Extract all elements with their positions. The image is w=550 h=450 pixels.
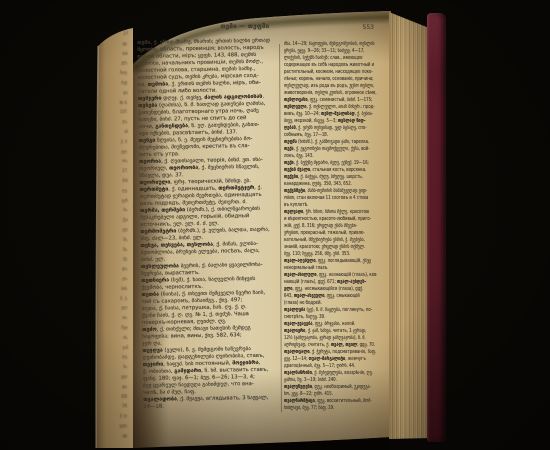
dictionary-text-line: თვალუწვდენი, ფუკ. необозримый, უკიდეგა- <box>284 384 377 391</box>
left-page-fragment: ღა, <box>106 118 128 128</box>
dictionary-text-line: жій, ჟუქ. 8, 316; ვრცლად ესმა მშვენი- <box>284 223 377 230</box>
left-page-fragment: ის <box>106 128 128 138</box>
dictionary-text-line: канарджина, ღუბყ. 350, 343, 652. <box>284 181 377 188</box>
left-page-fragment: ელ: <box>106 373 128 383</box>
running-head: თემი — თეფში <box>180 23 310 30</box>
dictionary-text-line: ხიბლავი, ბუჟ. 77; ჩაფ. 19. <box>284 405 377 412</box>
dictionary-text-line: თვალღება (ჟე), წ. მ. ჩაჟღება, поглянуть,… <box>284 307 377 314</box>
left-page-fragment: 137. <box>106 108 128 118</box>
left-page-fragment: 27. <box>106 167 128 177</box>
left-page-fragment: ჯამ <box>106 344 128 354</box>
dictionary-text-line: ღებას, ქ. ეძებს თესვისად, ეჟღ ბჟსაღე, сп… <box>284 125 377 132</box>
left-page-fragment: ჩ. 3. <box>106 295 128 305</box>
dictionary-text-line: ბივე, мерзкой, ძაგეჟ. 5—3; თესლად წიდ- <box>284 118 377 125</box>
left-page-fragment: ელ, <box>106 59 128 69</box>
left-page-fragment: ბის <box>106 50 128 60</box>
left-page-fragment: ბა, <box>106 206 128 216</box>
dictionary-text-line: თექი, ქ. ბექეზე მჯდარი, ბეღე, ექბექ. 19—… <box>284 160 377 167</box>
dictionary-text-line: თვალ-ჟვავება, ფუკ. ბრჯვანი, напой. <box>284 321 377 328</box>
dictionary-text-line: смотрѣть, ჩაღეჟ. 30. <box>284 314 377 321</box>
page-number: 553 <box>346 24 374 31</box>
left-page-fragment: და, <box>106 265 128 275</box>
photo-of-open-book: { "colors": { "background": "#0a0805", "… <box>0 0 550 450</box>
dictionary-text-line: драгоцѣнный, ბუჟ. 5—17; ღირს. 44. <box>284 363 377 370</box>
dictionary-text-line: ჟამთა, ჩვ. 3—19; ბინძ. 240. <box>284 377 377 384</box>
dictionary-text-line: ლიქესის, ბეჭეზს ჩაისეზ; слав., имеющее <box>284 55 377 62</box>
left-page-fragment: ის, <box>106 334 128 344</box>
dictionary-text-line: нающій (глазъ), ggქ. 671; თვალ-აუხდენ- <box>284 279 377 286</box>
dictionary-text-line: кательный, მშვენიერება ესმის, ქ. შვენება… <box>284 237 377 244</box>
left-page-fragment: ღვ. <box>106 187 128 197</box>
dictionary-text-line: (глаза) не бодрей. <box>284 300 377 307</box>
left-page-fragment: ქვა <box>106 216 128 226</box>
left-page-fragment: თა, <box>106 157 128 167</box>
dictionary-text-line: ობით, стан включая 11 слоговъ и 4 стиха <box>284 195 377 202</box>
left-page-fragment: № 4. <box>106 99 128 109</box>
left-page-fragment: ბა. <box>106 363 128 373</box>
left-page-fragment: ღა. <box>106 275 128 285</box>
column-right: ძნა. 14—29; ნაყოფები, შემდგომეობის, თესლ… <box>284 41 377 415</box>
dictionary-text-line: თესლეული, ქ. თესლეულო, ათას მინერ.: прод… <box>284 104 377 111</box>
dictionary-text-line: животворенія, თესლი კუთხის, огромное сѣм… <box>284 90 377 97</box>
left-page-fragment: და. <box>106 383 128 393</box>
dictionary-text-line: თექვსმეტი, მაჩბ-თემიძის მაშამუჟეღად ვიდ- <box>284 188 377 195</box>
left-page-fragment: მუღ <box>106 324 128 334</box>
left-page-text-fragments: 17ად.ბისელ,ჩაფ.ბუჟ.და№ 4.137.ღა,ისქ. ძ.ე… <box>101 30 128 441</box>
left-page-fragment: ქ. ძ. <box>106 138 128 148</box>
left-page-fragment: ელ <box>106 226 128 236</box>
dictionary-text-line: локъ, ბუჟ. 143. <box>284 153 377 160</box>
dictionary-text-line: თელვადი, ჭრ. ხმით, ხმითა მჭლე, красотою <box>284 209 377 216</box>
dictionary-text-line: ჟეჟ. 12—14; თვალ-მარგალიტი, жемчугъ <box>284 356 377 363</box>
dictionary-text-line: знаній, красотою; ვრცლად ესმის თქმულ. <box>284 244 377 251</box>
dictionary-text-line: въ куплетѣ. <box>284 202 377 209</box>
left-page-fragment: ნი. <box>106 246 128 256</box>
dictionary-text-line: ბუჟ. 110; ჩეჟეჟ. 256, მშვ. ესმ. 353. <box>284 251 377 258</box>
dictionary-text-line: თვალ-ახილული, ფუკ. незнающій (глазъ), ко… <box>284 272 377 279</box>
dictionary-text-line: თეფშა (ხინძმ.), ქ. განზოგადი ჯამი, тарел… <box>284 139 377 146</box>
dictionary-text-line: ნო, ჟეჟ. 8—22; ღმრ. 415. <box>284 391 377 398</box>
left-page-fragment: ქ. ღ. <box>106 412 128 422</box>
column-right-content: ძნა. 14—29; ნაყოფები, შემდგომეობის, თესლ… <box>284 41 377 412</box>
left-page-fragment: ბუჟ. <box>106 79 128 89</box>
dictionary-text-line: 12½ (ჯამღვაჯობა, ჯერად ჯამღვაჯობა), წ. შ… <box>284 335 377 342</box>
left-page-fragment: ში, <box>106 236 128 246</box>
left-page-fragment: ღვ, <box>106 353 128 363</box>
left-page-fragment: ად. <box>106 40 128 50</box>
dictionary-text-line: თექის ძვალი, стальная кость, ворсянка. <box>284 167 377 174</box>
left-page-fragment: ელ. <box>106 148 128 158</box>
dictionary-text-line: თვალიერი, ქ. ჯამ, ნახვა, читать, 1 ჯერად… <box>284 328 377 335</box>
left-page-fragment: ველ. <box>106 422 128 432</box>
dictionary-text-line: თექვსი, ქ. ბაჭეჟა, ძუღუ, ბძუღუჟ. шерсть, <box>284 174 377 181</box>
fore-edge-page-stack <box>389 0 429 450</box>
left-page-fragment: ჟეჟ. <box>106 392 128 402</box>
column-left: თემი, ქ. ერთი მხარე, მხარის; ერთის ხალხი… <box>137 38 284 411</box>
left-page-fragment: ჟე. <box>106 255 128 265</box>
dictionary-text-line: აღრიცხვად, считать, ქ. თვალ, თვილ; ggჟ. … <box>284 342 377 349</box>
left-page-fragment: ჩაფ. <box>106 69 128 79</box>
dictionary-text-line: 643, თვალ-ახვეული, ფუკ. смыкающій <box>284 293 377 300</box>
left-page-fragment: მის <box>106 177 128 187</box>
dictionary-text-line: თექა, ქ. ეჯგოთხები თავმოქცეული, ქეჩა, во… <box>284 146 377 153</box>
dictionary-text-line: თვალსაზრისი, ქ. შეხედულება, воззрѣніе, ღ… <box>284 370 377 377</box>
dictionary-text-line: ძნა. 14—29; ნაყოფები, შემდგომეობის, თესლ… <box>284 41 377 48</box>
dictionary-text-line: თვალთვალი, ქ. ჭვრეტა, подсматриваніе, ჩა… <box>284 349 377 356</box>
book-cover <box>427 13 446 442</box>
dictionary-text-line: собнымъ, ბუჟ. 17—18. <box>284 132 377 139</box>
left-page-fragment: ბის. <box>106 285 128 295</box>
left-page-fragment: და <box>106 89 128 99</box>
dictionary-text-line: თესლოვანი, ფუკ. семянистый, ბინძ. 1—175; <box>284 97 377 104</box>
dictionary-text-line: ერებით, прекрасный, тяжелый, привле- <box>284 230 377 237</box>
left-page-fragment: 16. <box>106 402 128 412</box>
left-page-fragment: ელ; <box>106 304 128 314</box>
left-page-fragment: 17 <box>106 30 128 40</box>
dictionary-text-line: и вѣроятностью, красото-любивый, приго- <box>284 216 377 223</box>
dictionary-text-line: вивъ, ბუჟ. 10—24; თესლ-მვალისად, ქ. ბები… <box>284 111 377 118</box>
dictionary-text-line: თვალ-აღებული, ფუკ. поглядывающій, ესეც <box>284 258 377 265</box>
dictionary-text-line: лѣнье; корень, начало, основаніе, причин… <box>284 76 377 83</box>
left-page-fragment: ად, <box>106 432 128 442</box>
dictionary-text-line: содержащее въ себѣ народовъ животный и <box>284 62 377 69</box>
dictionary-text-line: თვალწარმტაცი, ფუკ. восхитительный, მომ- <box>284 398 377 405</box>
dictionary-text-line: ненормальный глазъ. <box>284 265 377 272</box>
left-page-fragment: ჯერ <box>106 197 128 207</box>
dictionary-text-line: ყრება, ეჯეჟ. 9—26; 33—11; ნაძჟეჟ. 4—17, <box>284 48 377 55</box>
dictionary-text-line: თესლეულად, изъ рода въ родъ, უცხო თესლი, <box>284 83 377 90</box>
dictionary-text-line: растительный, космизм, нисходящее поко- <box>284 69 377 76</box>
dictionary-text-line: ელი, ფუკ. несмыкающійся (глаза), ggქ. <box>284 286 377 293</box>
left-page-fragment: თა. <box>106 314 128 324</box>
